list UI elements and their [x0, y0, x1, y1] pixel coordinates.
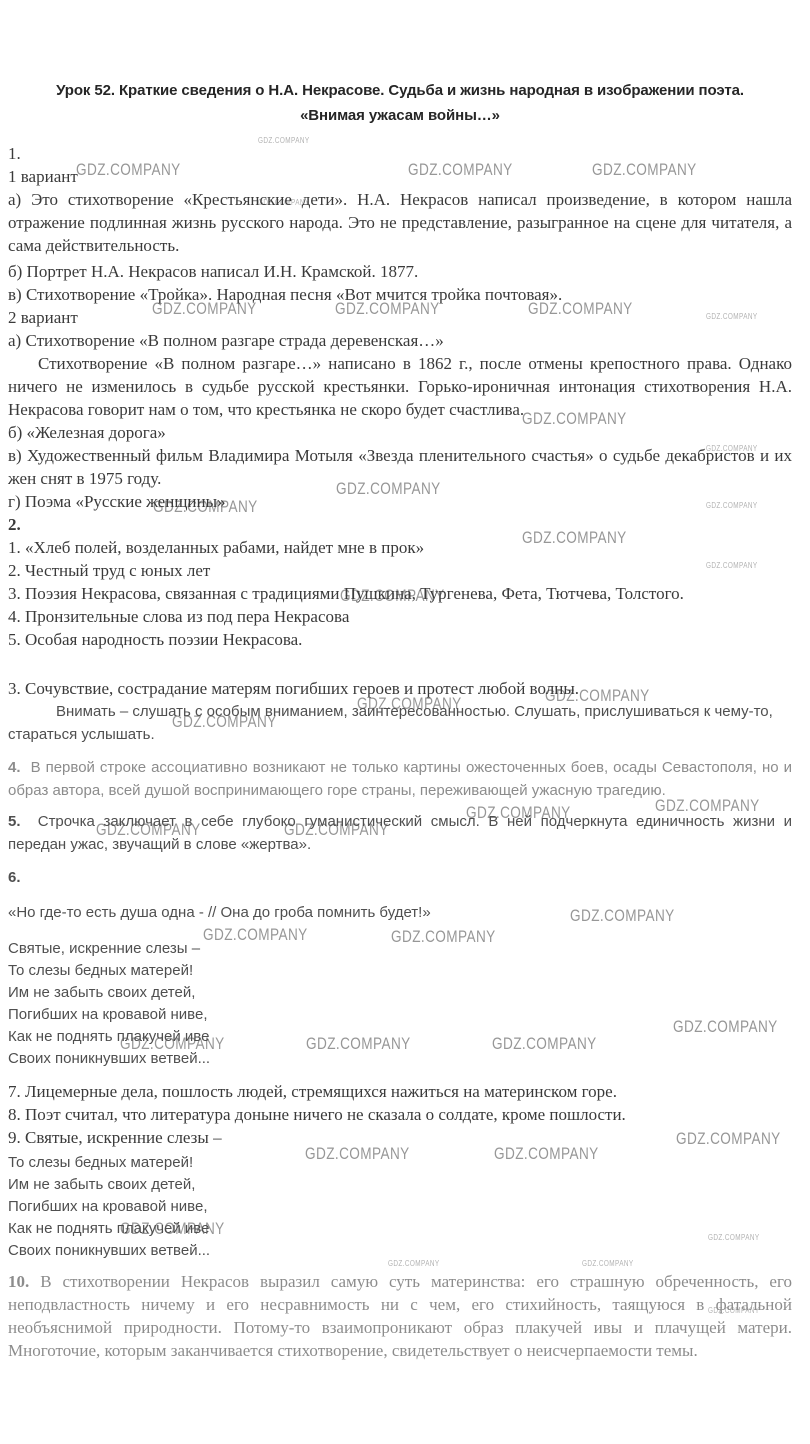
lesson-title: Урок 52. Краткие сведения о Н.А. Некрасо… [22, 78, 778, 128]
poem-block: То слезы бедных матерей! Им не забыть св… [8, 1152, 792, 1262]
poem-line: Своих поникнувших ветвей... [8, 1048, 792, 1070]
poem-block: Святые, искренние слезы – То слезы бедны… [8, 938, 792, 1070]
answer-4-text: 4. В первой строке ассоциативно возникаю… [8, 756, 792, 802]
answer-2v-text: в) Художественный фильм Владимира Мотыля… [8, 444, 792, 490]
poem-line: Своих поникнувших ветвей... [8, 1240, 792, 1262]
answer-2b-text: б) «Железная дорога» [8, 421, 792, 444]
answer-1-number: 1. [8, 142, 792, 165]
answer-9-text: 9. Святые, искренние слезы – [8, 1126, 792, 1149]
poem-line: Погибших на кровавой ниве, [8, 1004, 792, 1026]
answer-5-text: 5. Строчка заключает в себе глубоко гума… [8, 810, 792, 856]
poem-line: Погибших на кровавой ниве, [8, 1196, 792, 1218]
answer-8-text: 8. Поэт считал, что литература доныне ни… [8, 1103, 792, 1126]
answer-4-number: 4. [8, 759, 21, 776]
answer-10-number: 10. [8, 1272, 29, 1291]
answer-3-text: 3. Сочувствие, сострадание матерям погиб… [8, 677, 792, 700]
poem-line: Святые, искренние слезы – [8, 938, 792, 960]
answer-2a-note: Стихотворение «В полном разгаре…» написа… [8, 352, 792, 421]
variant-2-label: 2 вариант [8, 306, 792, 329]
poem-line: То слезы бедных матерей! [8, 960, 792, 982]
document-page: GDZ.COMPANYGDZ.COMPANYGDZ.COMPANYGDZ.COM… [0, 0, 810, 1444]
answer-1a-text: а) Это стихотворение «Крестьянские дети»… [8, 188, 792, 257]
poem-line: Как не поднять плакучей иве [8, 1026, 792, 1048]
answer-6-number: 6. [8, 866, 792, 889]
poem-line: Им не забыть своих детей, [8, 982, 792, 1004]
document-content: Урок 52. Краткие сведения о Н.А. Некрасо… [8, 78, 792, 1362]
list-item: 3. Поэзия Некрасова, связанная с традици… [8, 582, 792, 605]
list-item: 4. Пронзительные слова из под пера Некра… [8, 605, 792, 628]
answer-2a-text: а) Стихотворение «В полном разгаре страд… [8, 329, 792, 352]
answer-1b-text: б) Портрет Н.А. Некрасов написал И.Н. Кр… [8, 260, 792, 283]
answer-6-quote: «Но где-то есть душа одна - // Она до гр… [8, 901, 792, 924]
answer-10-text: 10. В стихотворении Некрасов выразил сам… [8, 1270, 792, 1362]
answer-7-text: 7. Лицемерные дела, пошлость людей, стре… [8, 1080, 792, 1103]
variant-1-label: 1 вариант [8, 165, 792, 188]
poem-line: Им не забыть своих детей, [8, 1174, 792, 1196]
poem-line: То слезы бедных матерей! [8, 1152, 792, 1174]
poem-line: Как не поднять плакучей иве [8, 1218, 792, 1240]
answer-2g-text: г) Поэма «Русские женщины» [8, 490, 792, 513]
list-item: 2. Честный труд с юных лет [8, 559, 792, 582]
answer-5-number: 5. [8, 813, 21, 830]
list-item: 1. «Хлеб полей, возделанных рабами, найд… [8, 536, 792, 559]
answer-3-note: Внимать – слушать с особым вниманием, за… [8, 700, 792, 746]
answer-2-number: 2. [8, 513, 792, 536]
list-item: 5. Особая народность поэзии Некрасова. [8, 628, 792, 651]
answer-1v-text: в) Стихотворение «Тройка». Народная песн… [8, 283, 792, 306]
